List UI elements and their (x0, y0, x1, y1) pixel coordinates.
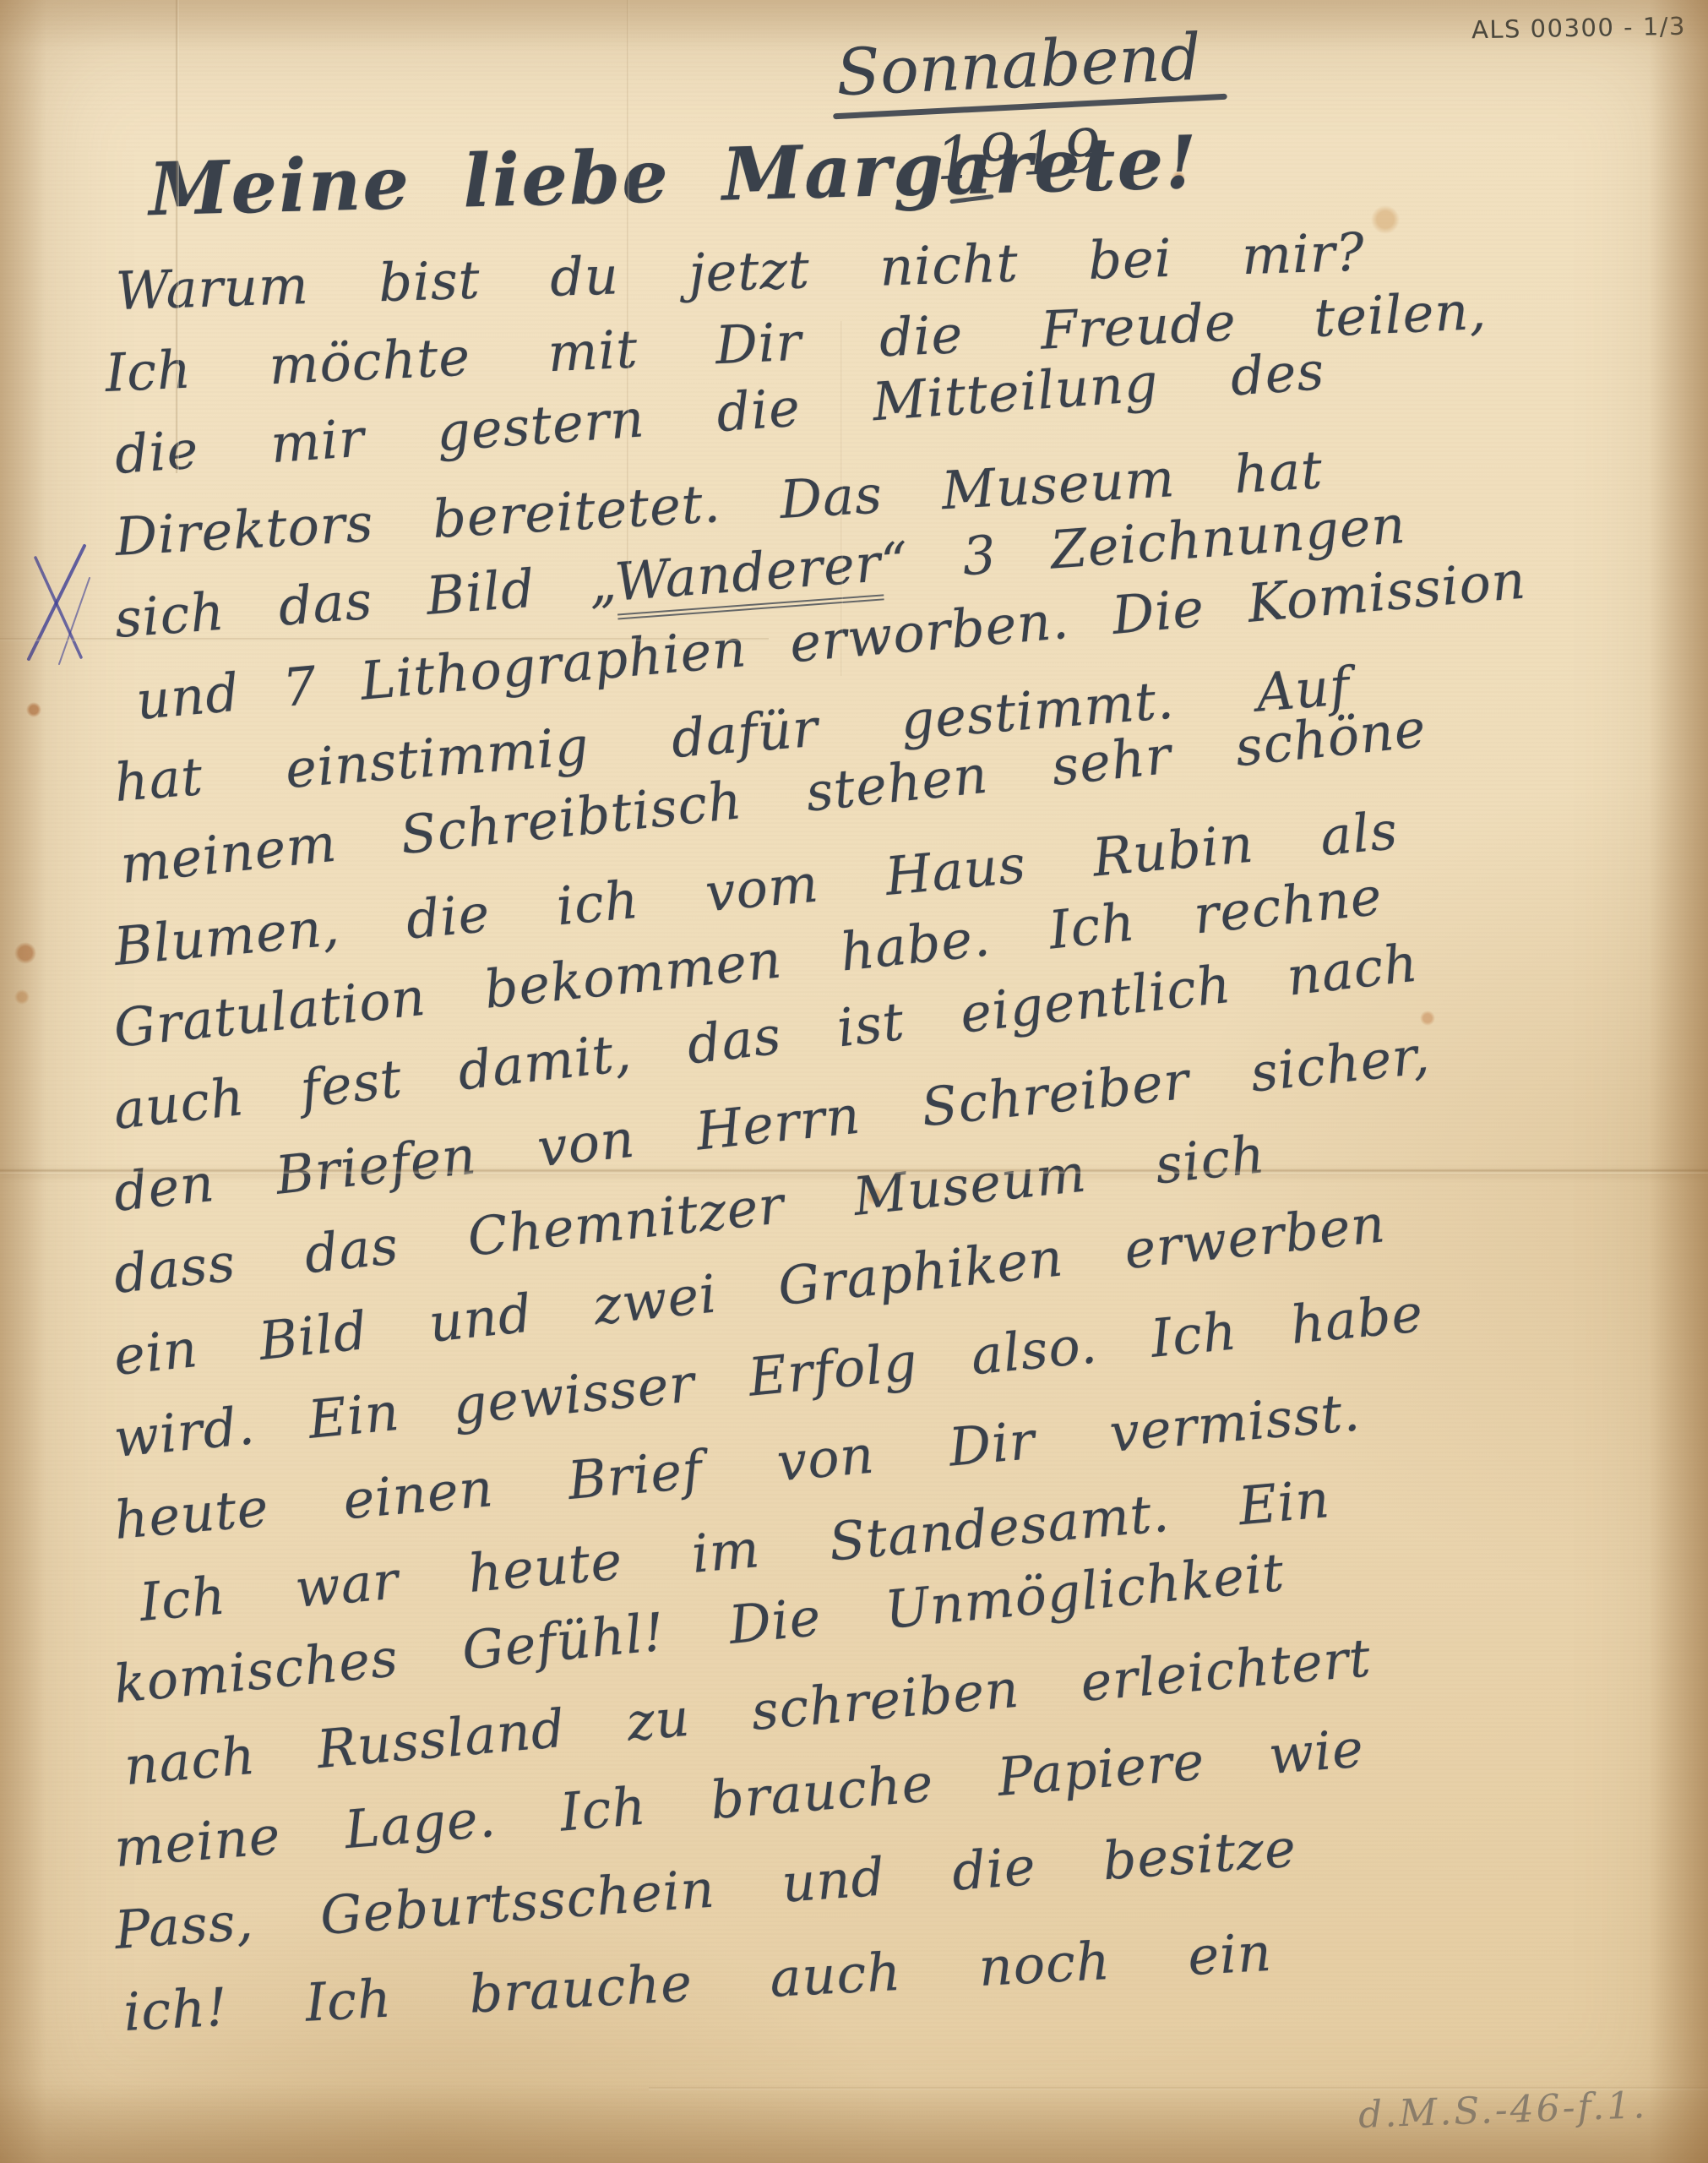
catalog-number: ALS 00300 - 1/3 (1471, 12, 1687, 44)
blue-x-mark (19, 497, 112, 666)
letter-body: Warum bist du jetzt nicht bei mir? Ich m… (117, 250, 1620, 2053)
salutation: Meine liebe Margarete! (148, 120, 1199, 233)
letter-page: ALS 00300 - 1/3 Sonnabend 1919 Meine lie… (0, 0, 1708, 2163)
date-line: Sonnabend (835, 19, 1203, 118)
archive-mark: d.M.S.-46-f.1. (1357, 2084, 1648, 2137)
